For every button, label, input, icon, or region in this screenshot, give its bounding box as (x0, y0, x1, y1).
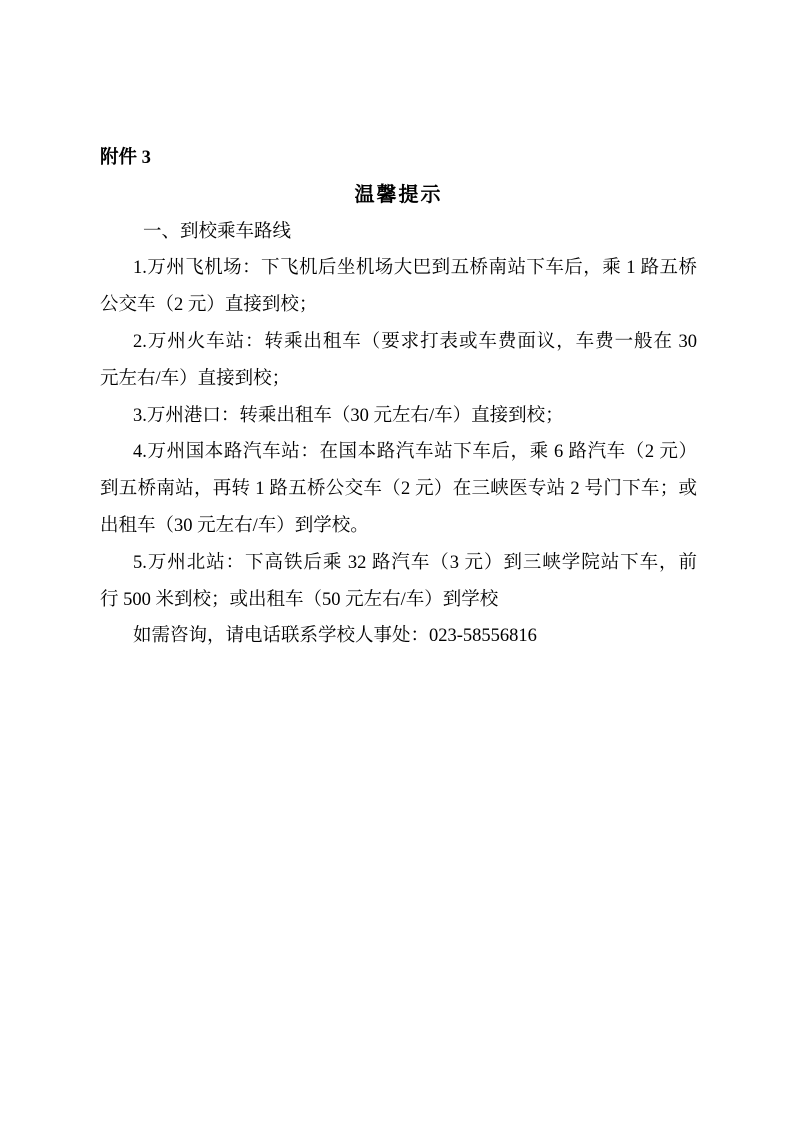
section-heading: 一、到校乘车路线 (100, 214, 697, 251)
paragraph-line: 公交车（2 元）直接到校； (100, 287, 697, 324)
paragraph-line: 行 500 米到校；或出租车（50 元左右/车）到学校 (100, 582, 697, 619)
paragraph-line: 到五桥南站，再转 1 路五桥公交车（2 元）在三峡医专站 2 号门下车；或 (100, 471, 697, 508)
paragraph-line: 4.万州国本路汽车站：在国本路汽车站下车后，乘 6 路汽车（2 元） (100, 434, 697, 471)
attachment-label: 附件 3 (100, 140, 697, 177)
paragraph-line: 元左右/车）直接到校； (100, 361, 697, 398)
document-title: 温馨提示 (100, 177, 697, 214)
paragraph-line: 3.万州港口：转乘出租车（30 元左右/车）直接到校； (100, 398, 697, 435)
paragraph-line: 2.万州火车站：转乘出租车（要求打表或车费面议，车费一般在 30 (100, 324, 697, 361)
paragraph-line: 5.万州北站：下高铁后乘 32 路汽车（3 元）到三峡学院站下车，前 (100, 545, 697, 582)
document-content: 附件 3 温馨提示 一、到校乘车路线 1.万州飞机场：下飞机后坐机场大巴到五桥南… (100, 140, 697, 655)
paragraph-line: 1.万州飞机场：下飞机后坐机场大巴到五桥南站下车后，乘 1 路五桥 (100, 250, 697, 287)
paragraph-line: 如需咨询，请电话联系学校人事处：023-58556816 (100, 618, 697, 655)
document-page: 附件 3 温馨提示 一、到校乘车路线 1.万州飞机场：下飞机后坐机场大巴到五桥南… (0, 0, 793, 1122)
paragraph-line: 出租车（30 元左右/车）到学校。 (100, 508, 697, 545)
paragraphs-container: 1.万州飞机场：下飞机后坐机场大巴到五桥南站下车后，乘 1 路五桥公交车（2 元… (100, 250, 697, 655)
